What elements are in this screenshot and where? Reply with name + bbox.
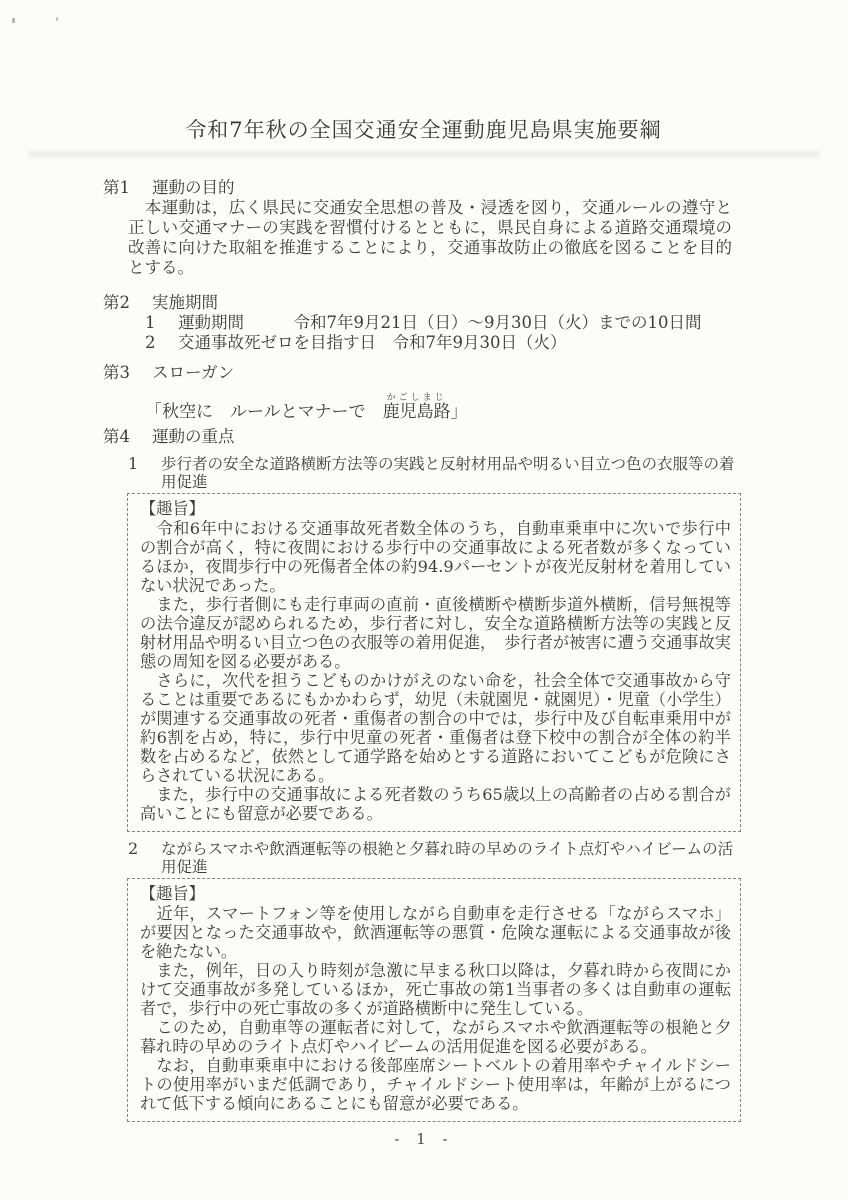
section-2-label: 第2 xyxy=(103,293,152,313)
purpose-box-1: 【趣旨】 令和6年中における交通事故死者数全体のうち，自動車乗車中に次いで歩行中… xyxy=(127,493,741,832)
slogan-line: 「秋空に ルールとマナーで 鹿児島路かごしまじ」 xyxy=(145,389,744,423)
document-content: 令和7年秋の全国交通安全運動鹿児島県実施要綱 第1 運動の目的 本運動は，広く県… xyxy=(0,0,848,1122)
section-1-body-paragraph: 本運動は，広く県民に交通安全思想の普及・浸透を図り，交通ルールの遵守と正しい交通… xyxy=(128,198,744,278)
slogan-prefix: 「秋空に ルールとマナーで xyxy=(145,401,383,423)
purpose-paragraph: さらに，次代を担うこどものかけがえのない命を，社会全体で交通事故から守ることは重… xyxy=(140,671,731,785)
section-3-heading-row: 第3 スローガン xyxy=(103,363,744,383)
period-item-campaign: 1 運動期間 令和7年9月21日（日）～9月30日（火）までの10日間 xyxy=(145,313,744,333)
focus-point-number: 1 xyxy=(128,455,161,491)
focus-point-1: 1 歩行者の安全な道路横断方法等の実践と反射材用品や明るい目立つ色の衣服等の着用… xyxy=(128,455,744,832)
purpose-paragraph: 近年，スマートフォン等を使用しながら自動車を走行させる「ながらスマホ」が要因とな… xyxy=(140,904,731,961)
focus-point-heading: 歩行者の安全な道路横断方法等の実践と反射材用品や明るい目立つ色の衣服等の着用促進 xyxy=(161,455,744,491)
focus-point-2: 2 ながらスマホや飲酒運転等の根絶と夕暮れ時の早めのライト点灯やハイビームの活用… xyxy=(128,840,744,1122)
purpose-paragraph: また，歩行中の交通事故による死者数のうち65歳以上の高齢者の占める割合が高いこと… xyxy=(140,785,731,823)
purpose-label: 【趣旨】 xyxy=(140,883,731,904)
slogan-base: 鹿児島路 xyxy=(383,402,451,422)
section-1-heading: 運動の目的 xyxy=(152,178,235,198)
section-2-heading: 実施期間 xyxy=(152,293,218,313)
section-slogan: 第3 スローガン 「秋空に ルールとマナーで 鹿児島路かごしまじ」 xyxy=(103,363,744,423)
purpose-paragraph: また，例年，日の入り時刻が急激に早まる秋口以降は，夕暮れ時から夜間にかけて交通事… xyxy=(140,961,731,1018)
section-3-heading: スローガン xyxy=(152,363,234,383)
scanned-document-page: 令和7年秋の全国交通安全運動鹿児島県実施要綱 第1 運動の目的 本運動は，広く県… xyxy=(0,0,848,1200)
purpose-paragraph: また，歩行者側にも走行車両の直前・直後横断や横断歩道外横断，信号無視等の法令違反… xyxy=(140,595,731,671)
section-1-heading-row: 第1 運動の目的 xyxy=(103,178,744,198)
purpose-paragraph: 令和6年中における交通事故死者数全体のうち，自動車乗車中に次いで歩行中の割合が高… xyxy=(140,519,731,595)
section-1-label: 第1 xyxy=(103,178,152,198)
period-item-number: 1 xyxy=(145,313,178,333)
section-period: 第2 実施期間 1 運動期間 令和7年9月21日（日）～9月30日（火）までの1… xyxy=(103,293,744,353)
section-4-label: 第4 xyxy=(103,427,152,447)
page-number: - 1 - xyxy=(0,1130,848,1148)
period-item-number: 2 xyxy=(145,333,178,353)
focus-point-number: 2 xyxy=(128,840,161,876)
slogan-ruby: 鹿児島路かごしまじ xyxy=(383,393,451,423)
section-2-heading-row: 第2 実施期間 xyxy=(103,293,744,313)
period-item-text: 交通事故死ゼロを目指す日 令和7年9月30日（火） xyxy=(178,333,567,353)
period-item-text: 運動期間 令和7年9月21日（日）～9月30日（火）までの10日間 xyxy=(178,313,701,333)
purpose-paragraph: このため，自動車等の運転者に対して，ながらスマホや飲酒運転等の根絶と夕暮れ時の早… xyxy=(140,1018,731,1056)
section-4-heading: 運動の重点 xyxy=(152,427,235,447)
focus-point-2-heading-row: 2 ながらスマホや飲酒運転等の根絶と夕暮れ時の早めのライト点灯やハイビームの活用… xyxy=(128,840,744,876)
purpose-label: 【趣旨】 xyxy=(140,498,731,519)
slogan-furigana: かごしまじ xyxy=(383,393,451,403)
focus-point-1-heading-row: 1 歩行者の安全な道路横断方法等の実践と反射材用品や明るい目立つ色の衣服等の着用… xyxy=(128,455,744,491)
focus-point-heading: ながらスマホや飲酒運転等の根絶と夕暮れ時の早めのライト点灯やハイビームの活用促進 xyxy=(161,840,744,876)
section-4-heading-row: 第4 運動の重点 xyxy=(103,427,744,447)
purpose-box-2: 【趣旨】 近年，スマートフォン等を使用しながら自動車を走行させる「ながらスマホ」… xyxy=(127,878,741,1122)
document-title: 令和7年秋の全国交通安全運動鹿児島県実施要綱 xyxy=(103,112,744,148)
section-3-label: 第3 xyxy=(103,363,152,383)
section-purpose: 第1 運動の目的 本運動は，広く県民に交通安全思想の普及・浸透を図り，交通ルール… xyxy=(103,178,744,278)
purpose-paragraph: なお，自動車乗車中における後部座席シートベルトの着用率やチャイルドシートの使用率… xyxy=(140,1056,731,1113)
section-focus-points: 第4 運動の重点 1 歩行者の安全な道路横断方法等の実践と反射材用品や明るい目立… xyxy=(103,427,744,1122)
slogan-suffix: 」 xyxy=(451,401,468,423)
period-item-zero-fatality-day: 2 交通事故死ゼロを目指す日 令和7年9月30日（火） xyxy=(145,333,744,353)
